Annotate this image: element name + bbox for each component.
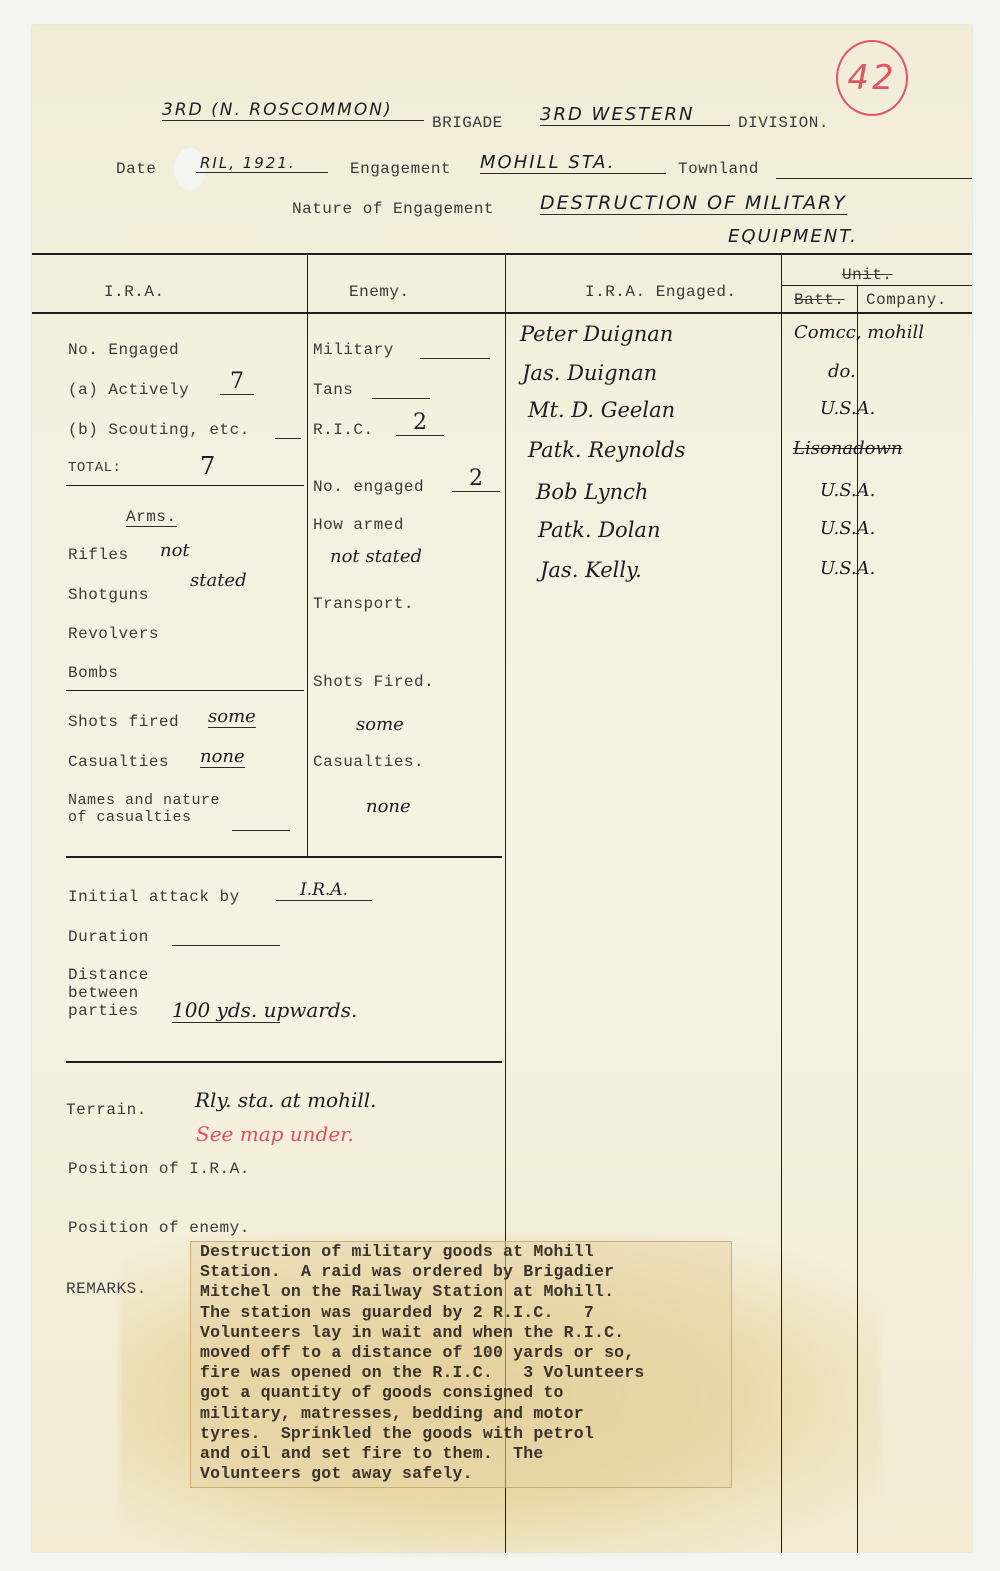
- terrain-value: Rly. sta. at mohill.: [195, 1088, 377, 1112]
- position-enemy-label: Position of enemy.: [68, 1219, 250, 1237]
- engaged-name: Patk. Reynolds: [528, 438, 685, 462]
- casualty-names-label-line1: Names and nature: [68, 792, 220, 809]
- nature-label: Nature of Engagement: [292, 200, 494, 218]
- engaged-unit: U.S.A.: [820, 518, 875, 539]
- nature-value-line2: EQUIPMENT.: [728, 226, 858, 247]
- engaged-unit: Lisonadown: [793, 438, 902, 459]
- distance-field-rule: [172, 1010, 280, 1023]
- shotguns-label: Shotguns: [68, 586, 149, 604]
- unit-divider-rule: [781, 285, 972, 286]
- tans-field: [372, 381, 430, 399]
- section-rule-1: [66, 856, 502, 858]
- duration-field: [172, 928, 280, 946]
- ira-casualties-label: Casualties: [68, 753, 169, 771]
- column-header-enemy: Enemy.: [349, 283, 410, 301]
- column-header-batt: Batt.: [794, 291, 845, 309]
- division-label: DIVISION.: [738, 114, 829, 132]
- terrain-label: Terrain.: [66, 1101, 147, 1119]
- how-armed-label: How armed: [313, 516, 404, 534]
- remarks-text: Destruction of military goods at Mohill …: [200, 1242, 644, 1484]
- rifles-value: not: [160, 540, 190, 561]
- total-rule: [66, 485, 304, 486]
- column-header-unit: Unit.: [842, 266, 893, 284]
- total-label: TOTAL:: [68, 460, 121, 476]
- arms-label: Arms.: [126, 508, 177, 527]
- arms-rule: [66, 690, 304, 691]
- column-divider-engaged-unit: [781, 253, 782, 1553]
- engaged-name: Mt. D. Geelan: [528, 398, 675, 422]
- date-label: Date: [116, 160, 156, 178]
- nature-value-line1: DESTRUCTION OF MILITARY: [540, 192, 847, 214]
- revolvers-label: Revolvers: [68, 625, 159, 643]
- townland-label: Townland: [678, 160, 759, 178]
- division-value: 3RD WESTERN: [540, 104, 730, 126]
- bombs-label: Bombs: [68, 664, 119, 682]
- remarks-label: REMARKS.: [66, 1280, 147, 1298]
- no-engaged-label: No. Engaged: [68, 341, 179, 359]
- casualty-names-label: Names and nature of casualties: [68, 792, 220, 826]
- column-header-company: Company.: [866, 291, 947, 309]
- distance-label-line3: parties: [68, 1002, 149, 1020]
- engaged-unit: U.S.A.: [820, 480, 875, 501]
- brigade-value: 3RD (N. ROSCOMMON): [162, 100, 424, 121]
- townland-field: [776, 160, 972, 179]
- section-rule-2: [66, 1061, 502, 1063]
- rifles-label: Rifles: [68, 546, 129, 564]
- engaged-unit: U.S.A.: [820, 558, 875, 579]
- column-header-ira: I.R.A.: [104, 283, 165, 301]
- distance-label: Distance between parties: [68, 966, 149, 1020]
- engagement-label: Engagement: [350, 160, 451, 178]
- enemy-no-engaged-label: No. engaged: [313, 478, 424, 496]
- column-header-ira-engaged: I.R.A. Engaged.: [585, 283, 737, 301]
- casualty-names-field: [232, 814, 290, 831]
- casualty-names-label-line2: of casualties: [68, 809, 220, 826]
- engaged-name: Jas. Kelly.: [540, 558, 642, 582]
- scouting-label: (b) Scouting, etc.: [68, 421, 250, 439]
- total-value: 7: [200, 452, 215, 480]
- how-armed-value: not stated: [330, 546, 422, 567]
- actively-value: 7: [220, 369, 254, 395]
- enemy-no-engaged-value: 2: [452, 466, 500, 492]
- ric-value: 2: [396, 410, 444, 436]
- engaged-unit: do.: [828, 361, 856, 382]
- position-ira-label: Position of I.R.A.: [68, 1160, 250, 1178]
- enemy-shots-fired-value: some: [356, 714, 404, 735]
- column-divider-batt-company: [857, 286, 858, 1553]
- initial-attack-value: I.R.A.: [276, 880, 372, 901]
- terrain-map-note: See map under.: [196, 1122, 354, 1146]
- tans-label: Tans: [313, 381, 353, 399]
- distance-label-line1: Distance: [68, 966, 149, 984]
- duration-label: Duration: [68, 928, 149, 946]
- engaged-name: Patk. Dolan: [538, 518, 660, 542]
- shotguns-value: stated: [190, 570, 247, 591]
- ira-shots-fired-value: some: [208, 706, 256, 728]
- ira-shots-fired-label: Shots fired: [68, 713, 179, 731]
- page-number-stamp: 42: [836, 40, 908, 116]
- scouting-value: [275, 420, 301, 439]
- military-label: Military: [313, 341, 394, 359]
- nature-value-text: DESTRUCTION OF MILITARY: [540, 192, 847, 215]
- brigade-label: BRIGADE: [432, 114, 503, 132]
- engaged-unit: U.S.A.: [820, 398, 875, 419]
- table-header-rule: [32, 312, 972, 314]
- date-value: RIL, 1921.: [196, 154, 328, 173]
- engaged-name: Peter Duignan: [520, 322, 673, 346]
- ira-casualties-value: none: [200, 746, 245, 768]
- enemy-casualties-label: Casualties.: [313, 753, 424, 771]
- actively-label: (a) Actively: [68, 381, 189, 399]
- engaged-name: Bob Lynch: [536, 480, 648, 504]
- enemy-shots-fired-label: Shots Fired.: [313, 673, 434, 691]
- transport-label: Transport.: [313, 595, 414, 613]
- engaged-unit: Comcc, mohill: [794, 322, 924, 343]
- initial-attack-label: Initial attack by: [68, 888, 240, 906]
- military-field: [420, 341, 490, 359]
- engagement-value: MOHILL STA.: [480, 152, 666, 174]
- engaged-name: Jas. Duignan: [522, 361, 657, 385]
- table-top-rule: [32, 253, 972, 255]
- distance-label-line2: between: [68, 984, 149, 1002]
- ric-label: R.I.C.: [313, 421, 374, 439]
- column-divider-ira-enemy: [307, 253, 308, 858]
- enemy-casualties-value: none: [366, 796, 411, 817]
